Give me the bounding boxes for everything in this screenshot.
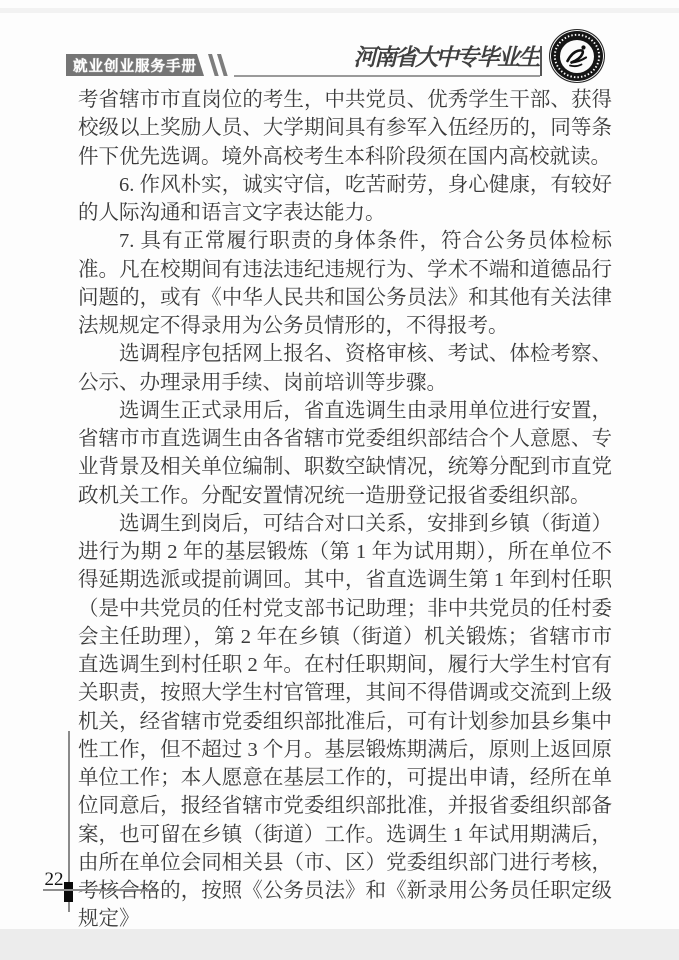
footer-rule bbox=[43, 889, 157, 891]
scanned-document-page: 就业创业服务手册 河南省大中专毕业生 考省辖市市直岗位的考生，中共党员、优秀学生… bbox=[0, 0, 679, 960]
body-paragraph: 考省辖市市直岗位的考生，中共党员、优秀学生干部、获得校级以上奖励人员、大学期间具… bbox=[78, 86, 612, 171]
seal-microtext-ring bbox=[550, 30, 604, 82]
body-paragraph: 选调程序包括网上报名、资格审核、考试、体检考察、公示、办理录用手续、岗前培训等步… bbox=[78, 340, 612, 397]
scan-edge-artifact-top bbox=[0, 8, 679, 13]
body-paragraph: 选调生到岗后，可结合对口关系，安排到乡镇（街道）进行为期 2 年的基层锻炼（第 … bbox=[78, 510, 612, 934]
seal-logo-icon bbox=[549, 29, 605, 83]
masthead-title: 河南省大中专毕业生 bbox=[340, 41, 538, 75]
header-stripe-decoration bbox=[217, 54, 228, 76]
header-badge: 就业创业服务手册 bbox=[66, 54, 204, 76]
body-paragraph: 6. 作风朴实，诚实守信，吃苦耐劳，身心健康，有较好的人际沟通和语言文字表达能力… bbox=[78, 171, 612, 228]
scan-edge-artifact-bottom bbox=[0, 929, 679, 960]
masthead-divider bbox=[540, 46, 542, 76]
header-rule bbox=[234, 75, 540, 77]
body-paragraph: 7. 具有正常履行职责的身体条件，符合公务员体检标准。凡在校期间有违法违纪违规行… bbox=[78, 227, 612, 340]
page-number: 22 bbox=[42, 869, 66, 891]
body-paragraph: 选调生正式录用后，省直选调生由录用单位进行安置，省辖市市直选调生由各省辖市党委组… bbox=[78, 397, 612, 510]
header-badge-label: 就业创业服务手册 bbox=[73, 55, 197, 76]
document-text-column: 考省辖市市直岗位的考生，中共党员、优秀学生干部、获得校级以上奖励人员、大学期间具… bbox=[78, 86, 612, 934]
